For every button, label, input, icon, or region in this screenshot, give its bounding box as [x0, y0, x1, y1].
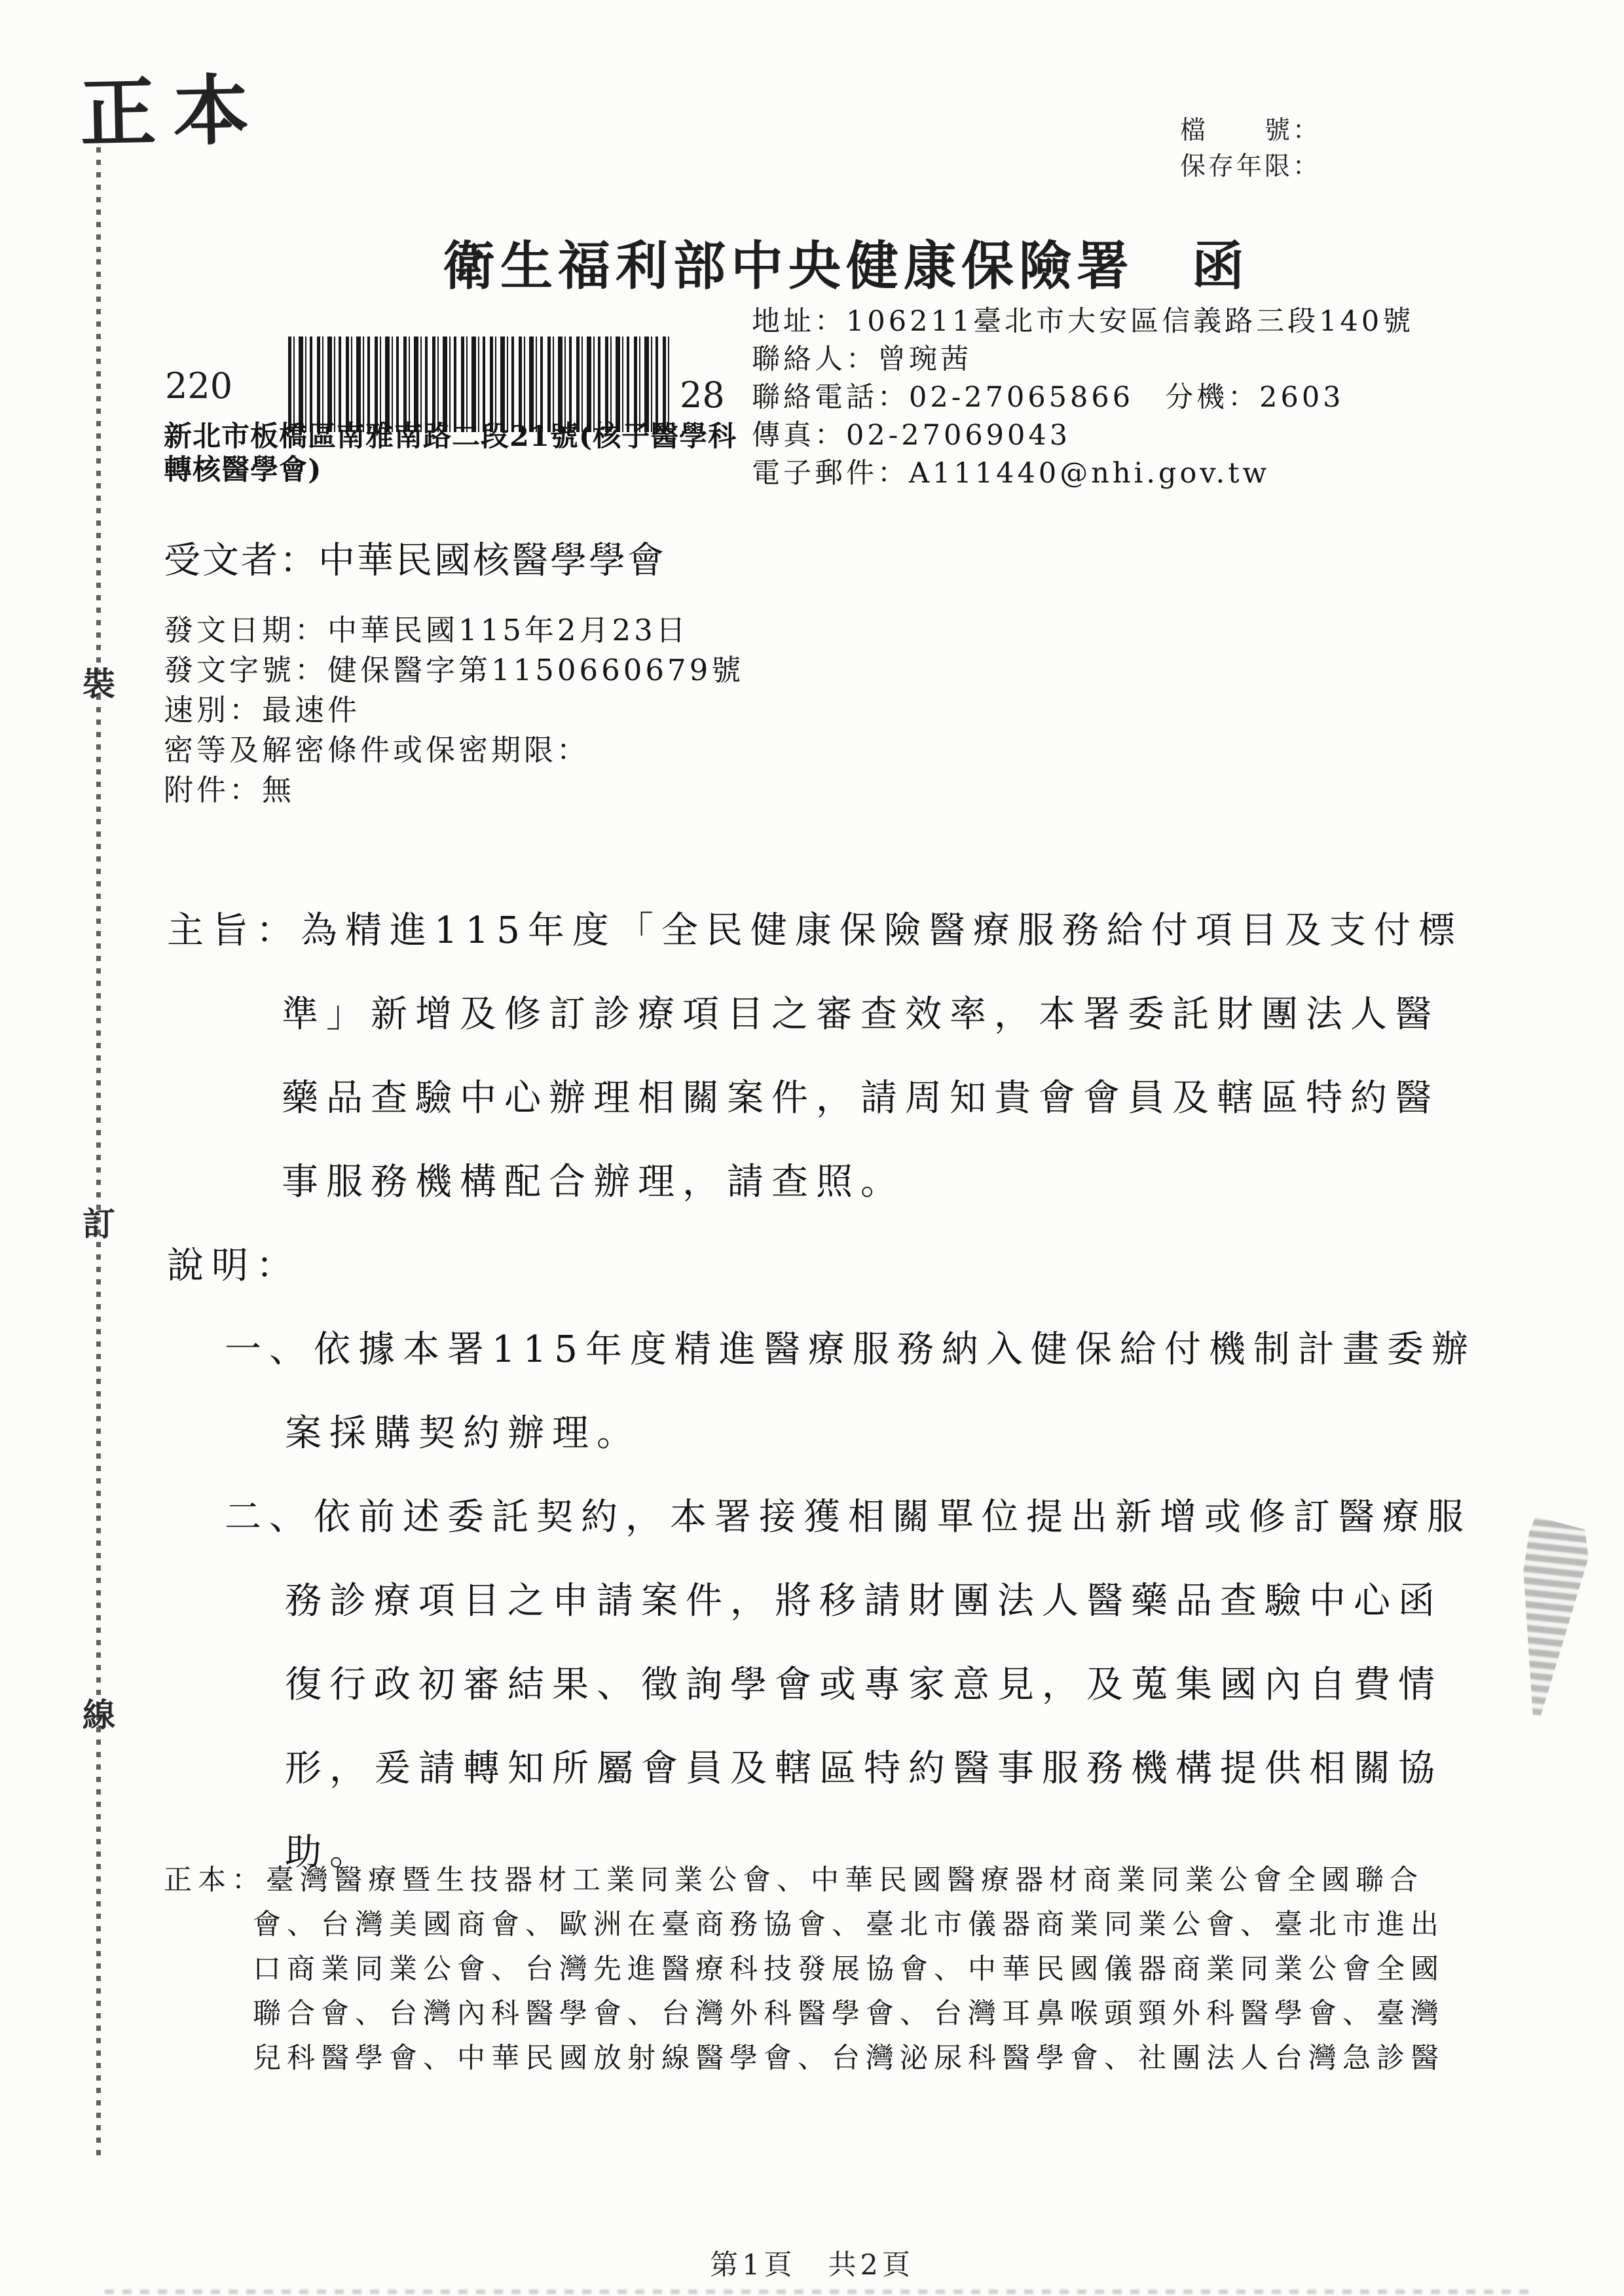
sender-address: 地址：106211臺北市大安區信義路三段140號 [752, 302, 1414, 340]
distribution-line: 會、台灣美國商會、歐洲在臺商務協會、臺北市儀器商業同業公會、臺北市進出 [164, 1903, 1480, 1947]
attachment-note: 附件：無 [164, 770, 744, 810]
explanation-item-2-cont: 形，爰請轉知所屬會員及轄區特約醫事服務機構提供相關協 [167, 1727, 1464, 1811]
issue-date: 發文日期：中華民國115年2月23日 [164, 610, 744, 650]
explanation-item-1-cont: 案採購契約辦理。 [167, 1392, 1464, 1476]
stamp-mark [1491, 1514, 1593, 1719]
barcode-image [288, 337, 672, 432]
explanation-item-2-cont: 復行政初審結果、徵詢學會或專家意見，及蒐集國內自費情 [167, 1643, 1464, 1727]
explanation-item-2-cont: 務診療項目之申請案件，將移請財團法人醫藥品查驗中心函 [167, 1559, 1464, 1643]
item-1-text: 依據本署115年度精進醫療服務納入健保給付機制計畫委辦 [314, 1328, 1476, 1371]
sender-info-block: 地址：106211臺北市大安區信義路三段140號 聯絡人：曾琬茜 聯絡電話：02… [752, 302, 1414, 492]
subject-line: 準」新增及修訂診療項目之審查效率，本署委託財團法人醫 [167, 973, 1464, 1057]
subject-line: 藥品查驗中心辦理相關案件，請周知貴會會員及轄區特約醫 [167, 1057, 1464, 1140]
subject-label: 主旨： [167, 909, 301, 952]
letter-body: 主旨：為精進115年度「全民健康保險醫療服務給付項目及支付標 準」新增及修訂診療… [167, 889, 1464, 1895]
mailing-address-line1: 新北市板橋區南雅南路二段21號(核子醫學科 [164, 420, 737, 454]
scan-edge-artifact [105, 2289, 1532, 2294]
distribution-label: 正本： [164, 1864, 266, 1897]
recipient-line: 受文者：中華民國核醫學學會 [164, 532, 666, 584]
binding-label-ding: 訂 [80, 1198, 118, 1245]
sender-contact-person: 聯絡人：曾琬茜 [752, 340, 1414, 378]
mailing-address: 新北市板橋區南雅南路二段21號(核子醫學科 轉核醫學會) [164, 420, 737, 487]
sender-fax: 傳真：02-27069043 [752, 416, 1414, 454]
subject-text: 為精進115年度「全民健康保險醫療服務給付項目及支付標 [301, 909, 1463, 952]
document-title: 衛生福利部中央健康保險署 函 [443, 224, 1249, 299]
mailing-address-line2: 轉核醫學會) [164, 454, 737, 487]
item-2-text: 依前述委託契約，本署接獲相關單位提出新增或修訂醫療服 [314, 1496, 1471, 1539]
priority-level: 速別：最速件 [164, 690, 744, 730]
distribution-line: 口商業同業公會、台灣先進醫療科技發展協會、中華民國儀器商業同業公會全國 [164, 1947, 1480, 1992]
file-number-label: 檔 號： [1180, 113, 1321, 149]
explanation-heading: 說明： [167, 1224, 1464, 1308]
document-meta-block: 發文日期：中華民國115年2月23日 發文字號：健保醫字第1150660679號… [164, 610, 744, 810]
postal-code-left: 220 [165, 365, 232, 407]
item-2-label: 二、 [225, 1496, 314, 1539]
distribution-list: 正本：臺灣醫療暨生技器材工業同業公會、中華民國醫療器材商業同業公會全國聯合 會、… [164, 1858, 1480, 2081]
binding-label-zhuang: 裝 [80, 658, 118, 705]
distribution-line: 聯合會、台灣內科醫學會、台灣外科醫學會、台灣耳鼻喉頭頸外科醫學會、臺灣 [164, 1992, 1480, 2036]
subject-line: 事服務機構配合辦理，請查照。 [167, 1140, 1464, 1224]
distribution-text: 臺灣醫療暨生技器材工業同業公會、中華民國醫療器材商業同業公會全國聯合 [266, 1864, 1424, 1897]
doc-number: 發文字號：健保醫字第1150660679號 [164, 650, 744, 690]
explanation-item-2: 二、依前述委託契約，本署接獲相關單位提出新增或修訂醫療服 [167, 1476, 1464, 1559]
postal-code-right: 28 [680, 374, 725, 416]
binding-dotted-line [96, 147, 101, 2160]
retention-period-label: 保存年限： [1180, 149, 1321, 185]
scanned-official-letter: 裝 訂 線 正本 檔 號： 保存年限： 衛生福利部中央健康保險署 函 地址：10… [0, 0, 1624, 2296]
item-1-label: 一、 [225, 1328, 314, 1371]
security-classification: 密等及解密條件或保密期限： [164, 730, 744, 770]
page-number-footer: 第1頁 共2頁 [0, 2243, 1624, 2283]
explanation-item-1: 一、依據本署115年度精進醫療服務納入健保給付機制計畫委辦 [167, 1308, 1464, 1392]
original-copy-stamp: 正本 [79, 49, 267, 162]
binding-label-xian: 線 [80, 1689, 118, 1736]
sender-phone: 聯絡電話：02-27065866 分機：2603 [752, 378, 1414, 416]
subject-line: 主旨：為精進115年度「全民健康保險醫療服務給付項目及支付標 [167, 889, 1464, 973]
distribution-line: 正本：臺灣醫療暨生技器材工業同業公會、中華民國醫療器材商業同業公會全國聯合 [164, 1858, 1480, 1903]
file-number-box: 檔 號： 保存年限： [1180, 113, 1321, 185]
distribution-line: 兒科醫學會、中華民國放射線醫學會、台灣泌尿科醫學會、社團法人台灣急診醫 [164, 2036, 1480, 2081]
sender-email: 電子郵件：A111440@nhi.gov.tw [752, 454, 1414, 492]
